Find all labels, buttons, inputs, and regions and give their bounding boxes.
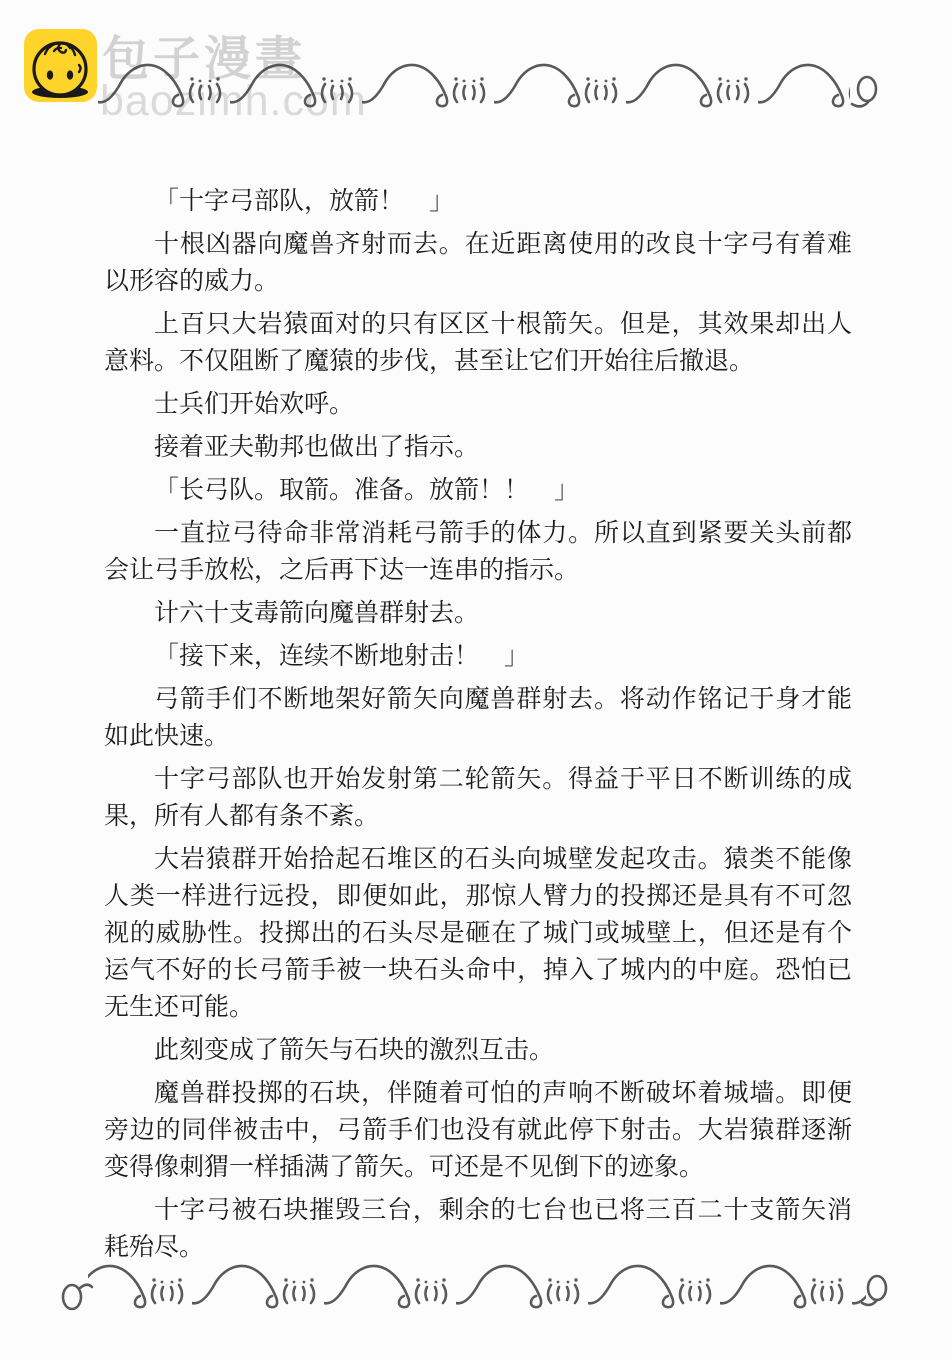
- novel-paragraph: 「接下来，连续不断地射击！ 」: [104, 638, 852, 675]
- novel-paragraph: 此刻变成了箭矢与石块的激烈互击。: [104, 1032, 852, 1069]
- ornament-top-divider: [98, 57, 888, 113]
- novel-text-content: 「十字弓部队，放箭！ 」 十根凶器向魔兽齐射而去。在近距离使用的改良十字弓有着难…: [104, 183, 852, 1272]
- novel-page: 包子漫畫 baozimh.com: [0, 0, 952, 1360]
- novel-paragraph: 十字弓被石块摧毁三台，剩余的七台也已将三百二十支箭矢消耗殆尽。: [104, 1192, 852, 1266]
- novel-paragraph: 十根凶器向魔兽齐射而去。在近距离使用的改良十字弓有着难以形容的威力。: [104, 226, 852, 300]
- novel-paragraph: 大岩猿群开始拾起石堆区的石头向城壁发起攻击。猿类不能像人类一样进行远投，即便如此…: [104, 841, 852, 1026]
- novel-paragraph: 上百只大岩猿面对的只有区区十根箭矢。但是，其效果却出人意料。不仅阻断了魔猿的步伐…: [104, 306, 852, 380]
- novel-paragraph: 弓箭手们不断地架好箭矢向魔兽群射去。将动作铭记于身才能如此快速。: [104, 681, 852, 755]
- novel-paragraph: 「长弓队。取箭。准备。放箭！！ 」: [104, 472, 852, 509]
- novel-paragraph: 一直拉弓待命非常消耗弓箭手的体力。所以直到紧要关头前都会让弓手放松，之后再下达一…: [104, 515, 852, 589]
- novel-paragraph: 魔兽群投掷的石块，伴随着可怕的声响不断破坏着城墙。即便旁边的同伴被击中，弓箭手们…: [104, 1075, 852, 1186]
- novel-paragraph: 计六十支毒箭向魔兽群射去。: [104, 595, 852, 632]
- novel-paragraph: 十字弓部队也开始发射第二轮箭矢。得益于平日不断训练的成果，所有人都有条不紊。: [104, 761, 852, 835]
- novel-paragraph: 士兵们开始欢呼。: [104, 386, 852, 423]
- baozi-bun-icon: [24, 29, 97, 102]
- ornament-bottom-divider: [60, 1258, 890, 1314]
- novel-paragraph: 「十字弓部队，放箭！ 」: [104, 183, 852, 220]
- novel-paragraph: 接着亚夫勒邦也做出了指示。: [104, 429, 852, 466]
